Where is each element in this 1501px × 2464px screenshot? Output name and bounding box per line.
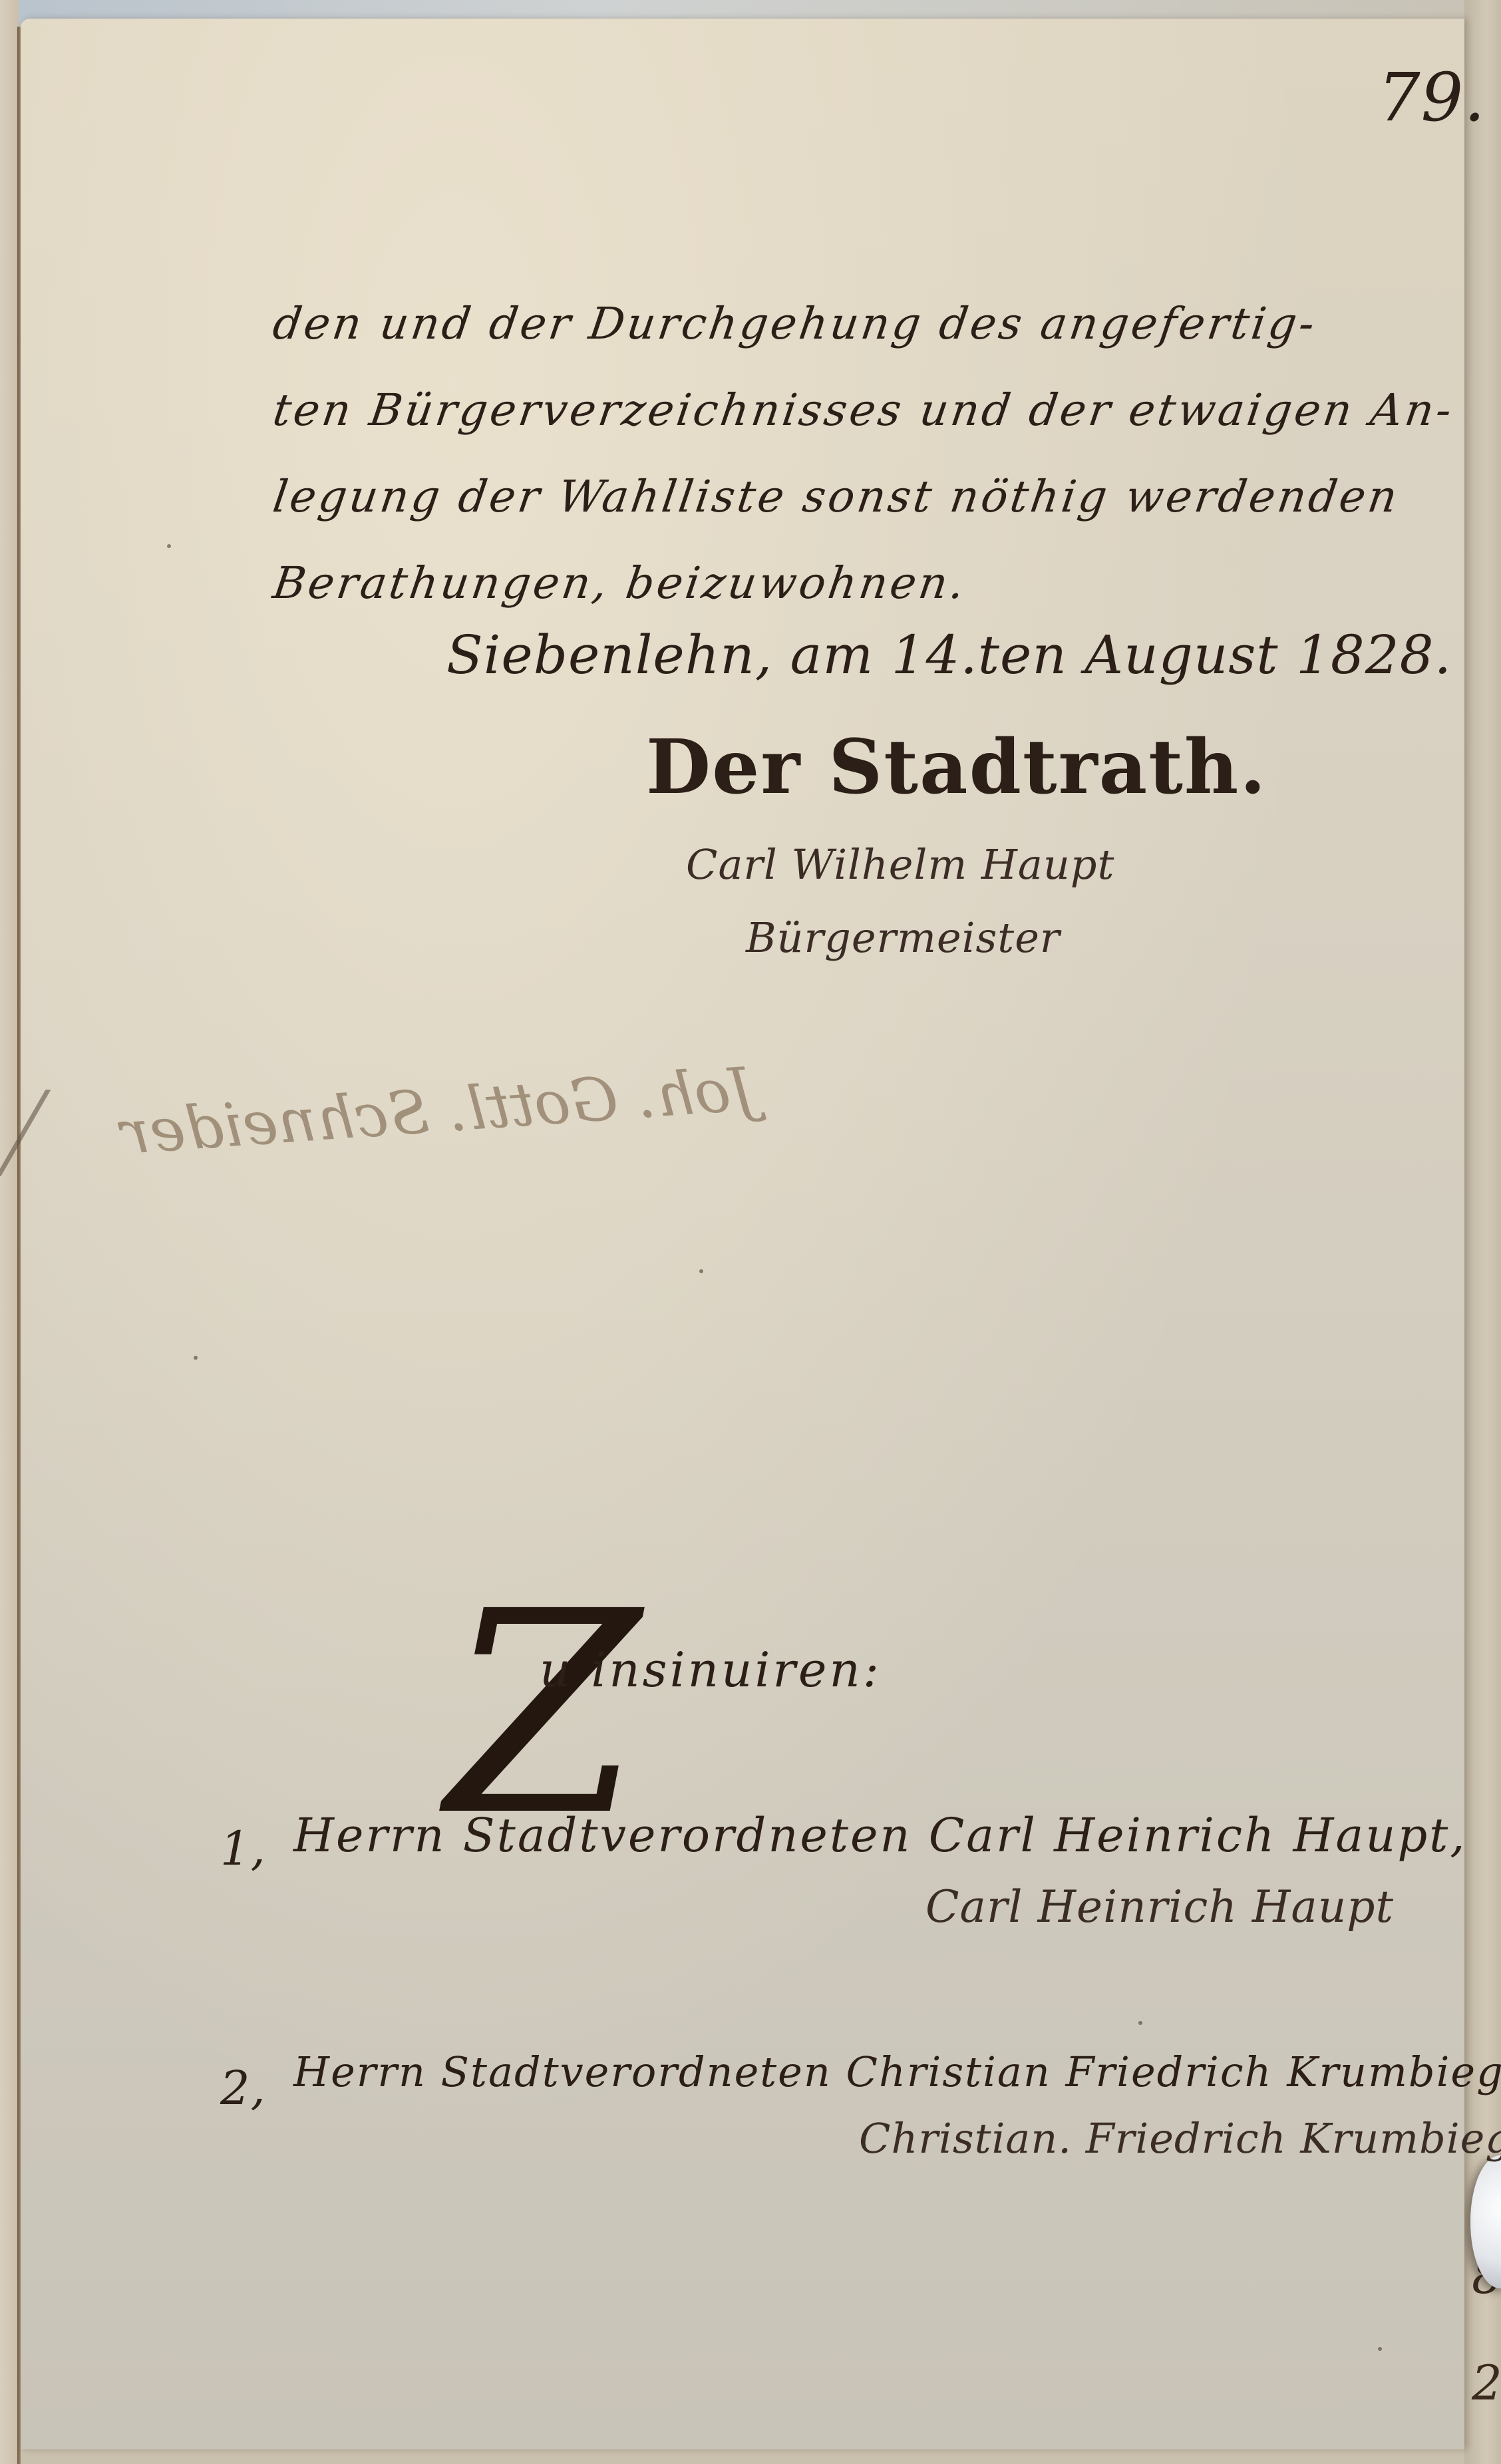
- recipient-line: Herrn Stadtverordneten Carl Heinrich Hau…: [293, 1808, 1467, 1863]
- paper-speck: [1378, 2347, 1382, 2351]
- folio-number: 79.: [1378, 59, 1486, 136]
- previous-page-edge: [0, 0, 19, 2464]
- paper-speck: [1138, 2021, 1142, 2025]
- manuscript-page: 79. den und der Durchgehung des angefert…: [21, 19, 1464, 2449]
- dateline: Siebenlehn, am 14.ten August 1828.: [446, 624, 1452, 686]
- recipient-line: Herrn Stadtverordneten Christian Friedri…: [293, 2048, 1501, 2096]
- paper-speck: [167, 544, 171, 548]
- paragraph-line: legung der Wahlliste sonst nöthig werden…: [270, 471, 1403, 522]
- bleed-through-text: Joh. Gottl. Schneider: [118, 1054, 756, 1168]
- paragraph-line: den und der Durchgehung des angefertig-: [270, 298, 1321, 349]
- recipient-signature: Christian. Friedrich Krumbiegel: [859, 2114, 1501, 2163]
- adjacent-page-glyph: 2: [1472, 2355, 1501, 2411]
- paragraph-line: ten Bürgerverzeichnisses und der etwaige…: [270, 385, 1458, 436]
- recipient-number: 2,: [220, 2061, 266, 2115]
- signature-title: Bürgermeister: [746, 913, 1061, 962]
- paper-speck: [194, 1356, 198, 1360]
- issuer-heading: Der Stadtrath.: [646, 724, 1267, 811]
- recipient-signature: Carl Heinrich Haupt: [925, 1881, 1394, 1932]
- paragraph-line: Berathungen, beizuwohnen.: [270, 557, 971, 609]
- instruction-text: u insinuiren:: [540, 1642, 882, 1698]
- signature-name: Carl Wilhelm Haupt: [686, 840, 1114, 889]
- recipient-number: 1,: [220, 1821, 266, 1876]
- paper-speck: [699, 1269, 703, 1273]
